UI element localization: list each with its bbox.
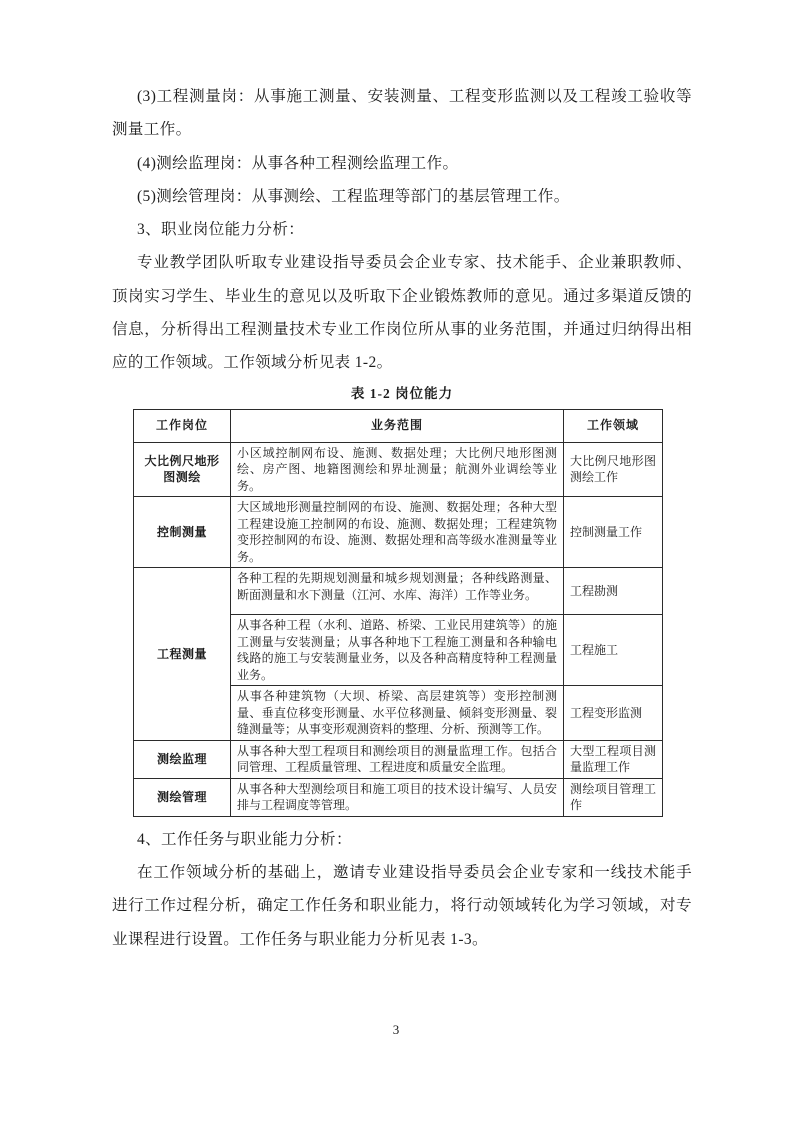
- table-row: 测绘管理 从事各种大型测绘项目和施工项目的技术设计编写、人员安排与工程调度等管理…: [134, 778, 663, 816]
- cell-position: 控制测量: [134, 497, 231, 568]
- cell-position: 大比例尺地形图测绘: [134, 442, 231, 497]
- cell-scope: 从事各种大型工程项目和测绘项目的测量监理工作。包括合同管理、工程质量管理、工程进…: [231, 740, 564, 778]
- cell-field: 工程施工: [564, 615, 663, 686]
- section-heading-4: 4、工作任务与职业能力分析：: [112, 823, 692, 856]
- position-ability-table: 工作岗位 业务范围 工作领域 大比例尺地形图测绘 小区域控制网布设、施测、数据处…: [133, 409, 663, 817]
- table-row: 大比例尺地形图测绘 小区域控制网布设、施测、数据处理；大比例尺地形图测绘、房产图…: [134, 442, 663, 497]
- cell-scope: 从事各种工程（水利、道路、桥梁、工业民用建筑等）的施工测量与安装测量；从事各种地…: [231, 615, 564, 686]
- table-container: 工作岗位 业务范围 工作领域 大比例尺地形图测绘 小区域控制网布设、施测、数据处…: [133, 409, 662, 817]
- column-header-field: 工作领域: [564, 409, 663, 442]
- cell-field: 控制测量工作: [564, 497, 663, 568]
- table-row: 工程测量 各种工程的先期规划测量和城乡规划测量；各种线路测量、断面测量和水下测量…: [134, 568, 663, 615]
- document-page: (3)工程测量岗：从事施工测量、安装测量、工程变形监测以及工程竣工验收等测量工作…: [0, 0, 792, 1122]
- cell-field: 工程勘测: [564, 568, 663, 615]
- paragraph-task-analysis: 在工作领域分析的基础上，邀请专业建设指导委员会企业专家和一线技术能手进行工作过程…: [112, 856, 692, 956]
- cell-position: 工程测量: [134, 568, 231, 741]
- cell-field: 工程变形监测: [564, 686, 663, 741]
- cell-position: 测绘管理: [134, 778, 231, 816]
- cell-scope: 从事各种大型测绘项目和施工项目的技术设计编写、人员安排与工程调度等管理。: [231, 778, 564, 816]
- paragraph-job-3: (3)工程测量岗：从事施工测量、安装测量、工程变形监测以及工程竣工验收等测量工作…: [112, 80, 692, 147]
- table-row: 测绘监理 从事各种大型工程项目和测绘项目的测量监理工作。包括合同管理、工程质量管…: [134, 740, 663, 778]
- paragraph-job-4: (4)测绘监理岗：从事各种工程测绘监理工作。: [112, 147, 692, 180]
- cell-field: 大型工程项目测量监理工作: [564, 740, 663, 778]
- table-header-row: 工作岗位 业务范围 工作领域: [134, 409, 663, 442]
- cell-field: 测绘项目管理工作: [564, 778, 663, 816]
- cell-scope: 从事各种建筑物（大坝、桥梁、高层建筑等）变形控制测量、垂直位移变形测量、水平位移…: [231, 686, 564, 741]
- column-header-position: 工作岗位: [134, 409, 231, 442]
- cell-scope: 大区域地形测量控制网的布设、施测、数据处理；各种大型工程建设施工控制网的布设、施…: [231, 497, 564, 568]
- page-number: 3: [0, 1022, 792, 1038]
- cell-field: 大比例尺地形图测绘工作: [564, 442, 663, 497]
- table-caption: 表 1-2 岗位能力: [112, 384, 692, 404]
- paragraph-job-5: (5)测绘管理岗：从事测绘、工程监理等部门的基层管理工作。: [112, 180, 692, 213]
- cell-position: 测绘监理: [134, 740, 231, 778]
- section-heading-3: 3、职业岗位能力分析：: [112, 213, 692, 246]
- column-header-scope: 业务范围: [231, 409, 564, 442]
- paragraph-analysis: 专业教学团队听取专业建设指导委员会企业专家、技术能手、企业兼职教师、顶岗实习学生…: [112, 246, 692, 379]
- cell-scope: 小区域控制网布设、施测、数据处理；大比例尺地形图测绘、房产图、地籍图测绘和界址测…: [231, 442, 564, 497]
- table-row: 控制测量 大区域地形测量控制网的布设、施测、数据处理；各种大型工程建设施工控制网…: [134, 497, 663, 568]
- document-content: (3)工程测量岗：从事施工测量、安装测量、工程变形监测以及工程竣工验收等测量工作…: [112, 80, 692, 956]
- cell-scope: 各种工程的先期规划测量和城乡规划测量；各种线路测量、断面测量和水下测量（江河、水…: [231, 568, 564, 615]
